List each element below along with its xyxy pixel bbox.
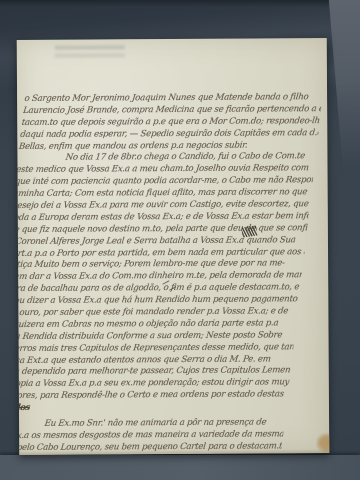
manuscript-paper: o Sargento Mor Jeronimo Joaquim Nunes qu… [17, 38, 330, 455]
photo-of-manuscript: o Sargento Mor Jeronimo Joaquim Nunes qu… [0, 0, 360, 480]
manuscript-line: Capitulos [17, 401, 287, 415]
manuscript-line: daqui nada podia esperar, — Sepedio segu… [20, 128, 319, 142]
ink-correction-mark [241, 225, 257, 237]
handwriting-block: o Sargento Mor Jeronimo Joaquim Nunes qu… [17, 92, 323, 455]
table-surface-bottom [0, 455, 360, 480]
manuscript-line: Superiores, para Respondê-lhe o Certo e … [17, 390, 289, 404]
faint-stamp [55, 45, 125, 61]
